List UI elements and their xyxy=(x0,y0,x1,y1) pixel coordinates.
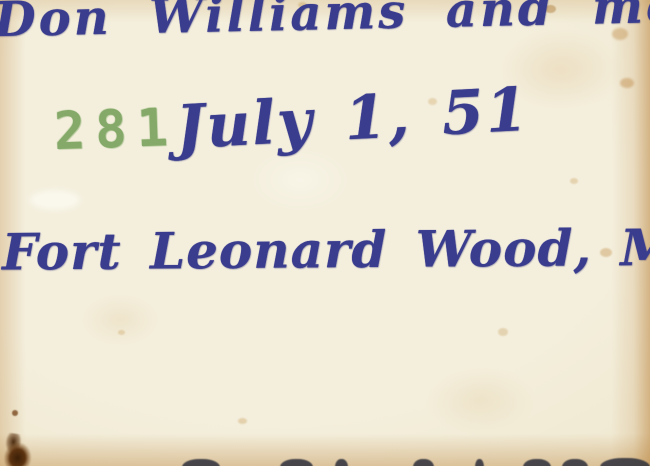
handwritten-location: Fort Leonard Wood, Mo. xyxy=(2,217,650,281)
bottom-edge-artifact xyxy=(475,459,484,466)
stamp-number: 281 xyxy=(53,98,179,162)
ink-stain xyxy=(0,432,35,466)
photo-back-scan: Don Williams and me 281 July 1, 51 Fort … xyxy=(0,0,650,466)
